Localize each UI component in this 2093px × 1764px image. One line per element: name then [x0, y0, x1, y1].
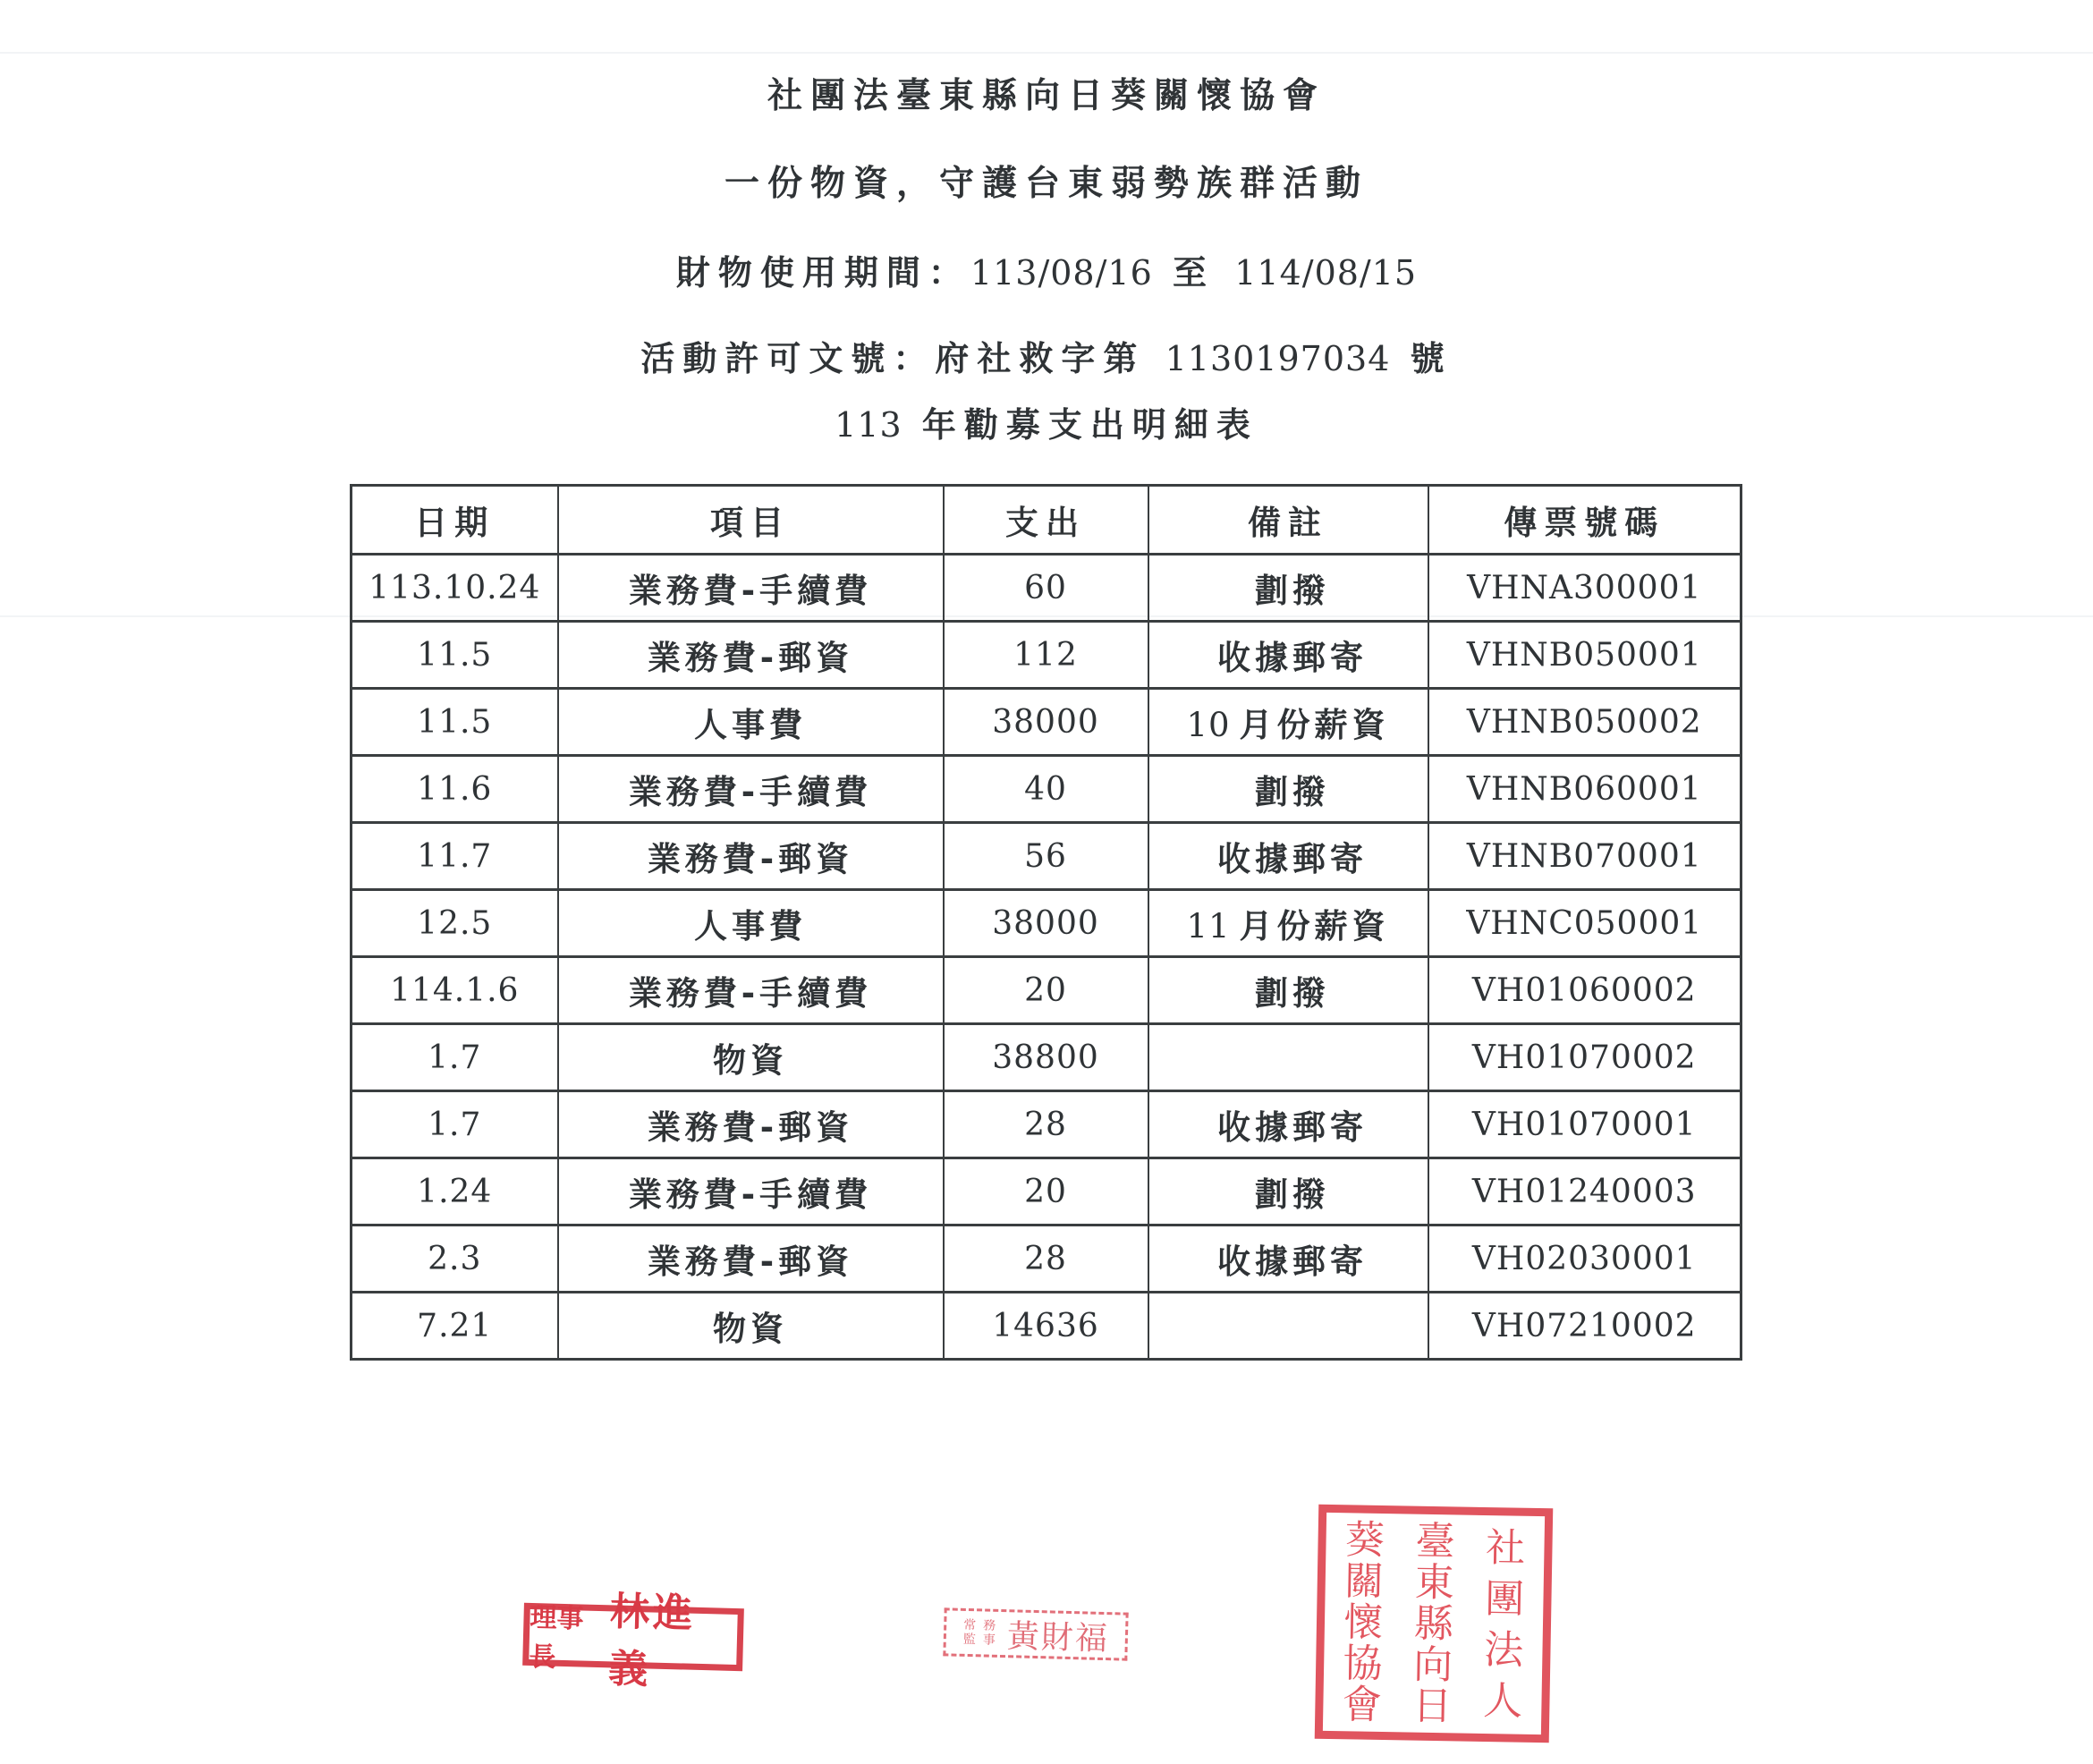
seal-character: 社 [1473, 1527, 1538, 1569]
seal-character: 會 [1329, 1684, 1394, 1726]
table-header-row: 日期 項目 支出 備註 傳票號碼 [352, 486, 1741, 555]
cell-item: 業務費-郵資 [558, 1091, 944, 1158]
seal-character: 懷 [1331, 1602, 1396, 1644]
seal-character: 東 [1402, 1562, 1467, 1604]
cell-voucher: VHNC050001 [1428, 890, 1741, 957]
cell-expense: 14636 [944, 1293, 1148, 1360]
cell-voucher: VH01070002 [1428, 1024, 1741, 1091]
cell-voucher: VH07210002 [1428, 1293, 1741, 1360]
cell-voucher: VH01070001 [1428, 1091, 1741, 1158]
seal-column: 葵關懷協會 [1329, 1520, 1397, 1725]
cell-note: 劃撥 [1148, 957, 1428, 1024]
cell-expense: 56 [944, 823, 1148, 890]
organization-seal: 社團法人臺東縣向日葵關懷協會 [1315, 1505, 1554, 1743]
activity-title: 一份物資，守護台東弱勢族群活動 [0, 156, 2093, 206]
usage-period-to: 至 [1173, 253, 1215, 293]
seal-character: 法 [1471, 1629, 1537, 1671]
note-text: 劃撥 [1255, 572, 1330, 610]
supervisor-seal: 常監 務事 黃財福 [943, 1607, 1128, 1660]
cell-expense: 20 [944, 957, 1148, 1024]
cell-note: 劃撥 [1148, 756, 1428, 823]
cell-expense: 112 [944, 622, 1148, 689]
column-header-item: 項目 [558, 486, 944, 555]
note-text: 月份薪資 [1240, 907, 1390, 946]
table-row: 1.24業務費-手續費20劃撥VH01240003 [352, 1158, 1741, 1225]
cell-date: 1.7 [352, 1091, 558, 1158]
cell-voucher: VHNB070001 [1428, 823, 1741, 890]
table-row: 1.7業務費-郵資28收據郵寄VH01070001 [352, 1091, 1741, 1158]
cell-note: 收據郵寄 [1148, 622, 1428, 689]
chairman-title: 理事長 [529, 1595, 611, 1675]
cell-note [1148, 1293, 1428, 1360]
note-text: 收據郵寄 [1217, 639, 1368, 677]
report-year: 113 [835, 405, 902, 445]
column-header-voucher: 傳票號碼 [1428, 486, 1741, 555]
permit-number-line: 活動許可文號：府社救字第 1130197034 號 [0, 331, 2093, 380]
note-text: 劃撥 [1255, 974, 1330, 1013]
cell-expense: 28 [944, 1091, 1148, 1158]
seal-character: 葵 [1333, 1520, 1398, 1562]
seal-character: 協 [1330, 1643, 1395, 1685]
table-row: 12.5人事費3800011月份薪資VHNC050001 [352, 890, 1741, 957]
report-title: 113 年勸募支出明細表 [0, 397, 2093, 446]
cell-item: 人事費 [558, 689, 944, 756]
cell-item: 業務費-郵資 [558, 823, 944, 890]
note-month-number: 10 [1186, 706, 1230, 744]
note-text: 收據郵寄 [1217, 1108, 1368, 1147]
column-header-expense: 支出 [944, 486, 1148, 555]
cell-item: 業務費-手續費 [558, 756, 944, 823]
cell-date: 11.5 [352, 622, 558, 689]
column-header-date: 日期 [352, 486, 558, 555]
cell-voucher: VH01240003 [1428, 1158, 1741, 1225]
organization-title: 社團法臺東縣向日葵關懷協會 [0, 68, 2093, 118]
seal-character: 關 [1332, 1561, 1397, 1603]
cell-date: 114.1.6 [352, 957, 558, 1024]
table-row: 11.6業務費-手續費40劃撥VHNB060001 [352, 756, 1741, 823]
table-row: 1.7物資38800VH01070002 [352, 1024, 1741, 1091]
cell-date: 1.7 [352, 1024, 558, 1091]
cell-date: 2.3 [352, 1225, 558, 1293]
table-row: 113.10.24業務費-手續費60劃撥VHNA300001 [352, 555, 1741, 622]
cell-expense: 20 [944, 1158, 1148, 1225]
supervisor-title-col2: 務事 [982, 1618, 997, 1647]
cell-voucher: VHNB050002 [1428, 689, 1741, 756]
table-row: 7.21物資14636VH07210002 [352, 1293, 1741, 1360]
cell-voucher: VH01060002 [1428, 957, 1741, 1024]
note-text: 劃撥 [1255, 773, 1330, 811]
cell-date: 11.6 [352, 756, 558, 823]
cell-item: 業務費-郵資 [558, 622, 944, 689]
cell-expense: 40 [944, 756, 1148, 823]
seal-character: 臺 [1402, 1521, 1468, 1563]
cell-note: 11月份薪資 [1148, 890, 1428, 957]
cell-date: 7.21 [352, 1293, 558, 1360]
cell-date: 11.7 [352, 823, 558, 890]
seal-character: 向 [1401, 1644, 1466, 1686]
chairman-name: 林進義 [608, 1579, 739, 1697]
cell-date: 12.5 [352, 890, 558, 957]
cell-item: 物資 [558, 1024, 944, 1091]
permit-suffix: 號 [1411, 339, 1453, 378]
cell-expense: 38800 [944, 1024, 1148, 1091]
cell-note: 劃撥 [1148, 555, 1428, 622]
table-row: 11.5人事費3800010月份薪資VHNB050002 [352, 689, 1741, 756]
usage-period-label: 財物使用期間： [676, 253, 970, 293]
usage-period-start: 113/08/16 [970, 253, 1153, 293]
note-month-number: 11 [1186, 907, 1230, 946]
supervisor-name: 黃財福 [1006, 1611, 1109, 1659]
usage-period: 財物使用期間：113/08/16 至 114/08/15 [0, 245, 2093, 294]
cell-item: 物資 [558, 1293, 944, 1360]
cell-item: 人事費 [558, 890, 944, 957]
cell-voucher: VHNA300001 [1428, 555, 1741, 622]
cell-note: 收據郵寄 [1148, 823, 1428, 890]
note-text: 月份薪資 [1240, 706, 1390, 744]
cell-expense: 60 [944, 555, 1148, 622]
cell-note [1148, 1024, 1428, 1091]
table-row: 2.3業務費-郵資28收據郵寄VH02030001 [352, 1225, 1741, 1293]
cell-date: 1.24 [352, 1158, 558, 1225]
cell-date: 11.5 [352, 689, 558, 756]
cell-note: 收據郵寄 [1148, 1091, 1428, 1158]
cell-note: 收據郵寄 [1148, 1225, 1428, 1293]
column-header-note: 備註 [1148, 486, 1428, 555]
supervisor-title-col1: 常監 [962, 1618, 978, 1647]
seal-column: 社團法人 [1470, 1522, 1538, 1727]
scan-artifact [0, 52, 2093, 54]
table-row: 114.1.6業務費-手續費20劃撥VH01060002 [352, 957, 1741, 1024]
seal-character: 團 [1472, 1578, 1538, 1620]
table-row: 11.5業務費-郵資112收據郵寄VHNB050001 [352, 622, 1741, 689]
cell-note: 10月份薪資 [1148, 689, 1428, 756]
cell-note: 劃撥 [1148, 1158, 1428, 1225]
permit-label: 活動許可文號：府社救字第 [640, 339, 1145, 378]
seal-character: 縣 [1402, 1603, 1467, 1645]
note-text: 劃撥 [1255, 1175, 1330, 1214]
cell-voucher: VH02030001 [1428, 1225, 1741, 1293]
seal-character: 日 [1400, 1685, 1465, 1727]
usage-period-end: 114/08/15 [1234, 253, 1417, 293]
cell-date: 113.10.24 [352, 555, 558, 622]
table-row: 11.7業務費-郵資56收據郵寄VHNB070001 [352, 823, 1741, 890]
chairman-seal: 理事長 林進義 [522, 1603, 744, 1671]
note-text: 收據郵寄 [1217, 840, 1368, 878]
expense-table: 日期 項目 支出 備註 傳票號碼 113.10.24業務費-手續費60劃撥VHN… [350, 484, 1742, 1361]
cell-expense: 38000 [944, 890, 1148, 957]
cell-voucher: VHNB060001 [1428, 756, 1741, 823]
cell-expense: 38000 [944, 689, 1148, 756]
permit-number: 1130197034 [1165, 339, 1391, 378]
seal-column: 臺東縣向日 [1400, 1521, 1468, 1726]
cell-item: 業務費-手續費 [558, 957, 944, 1024]
report-title-text: 年勸募支出明細表 [922, 405, 1258, 445]
cell-expense: 28 [944, 1225, 1148, 1293]
cell-item: 業務費-手續費 [558, 1158, 944, 1225]
seal-character: 人 [1470, 1680, 1536, 1722]
cell-item: 業務費-手續費 [558, 555, 944, 622]
note-text: 收據郵寄 [1217, 1242, 1368, 1281]
cell-item: 業務費-郵資 [558, 1225, 944, 1293]
cell-voucher: VHNB050001 [1428, 622, 1741, 689]
